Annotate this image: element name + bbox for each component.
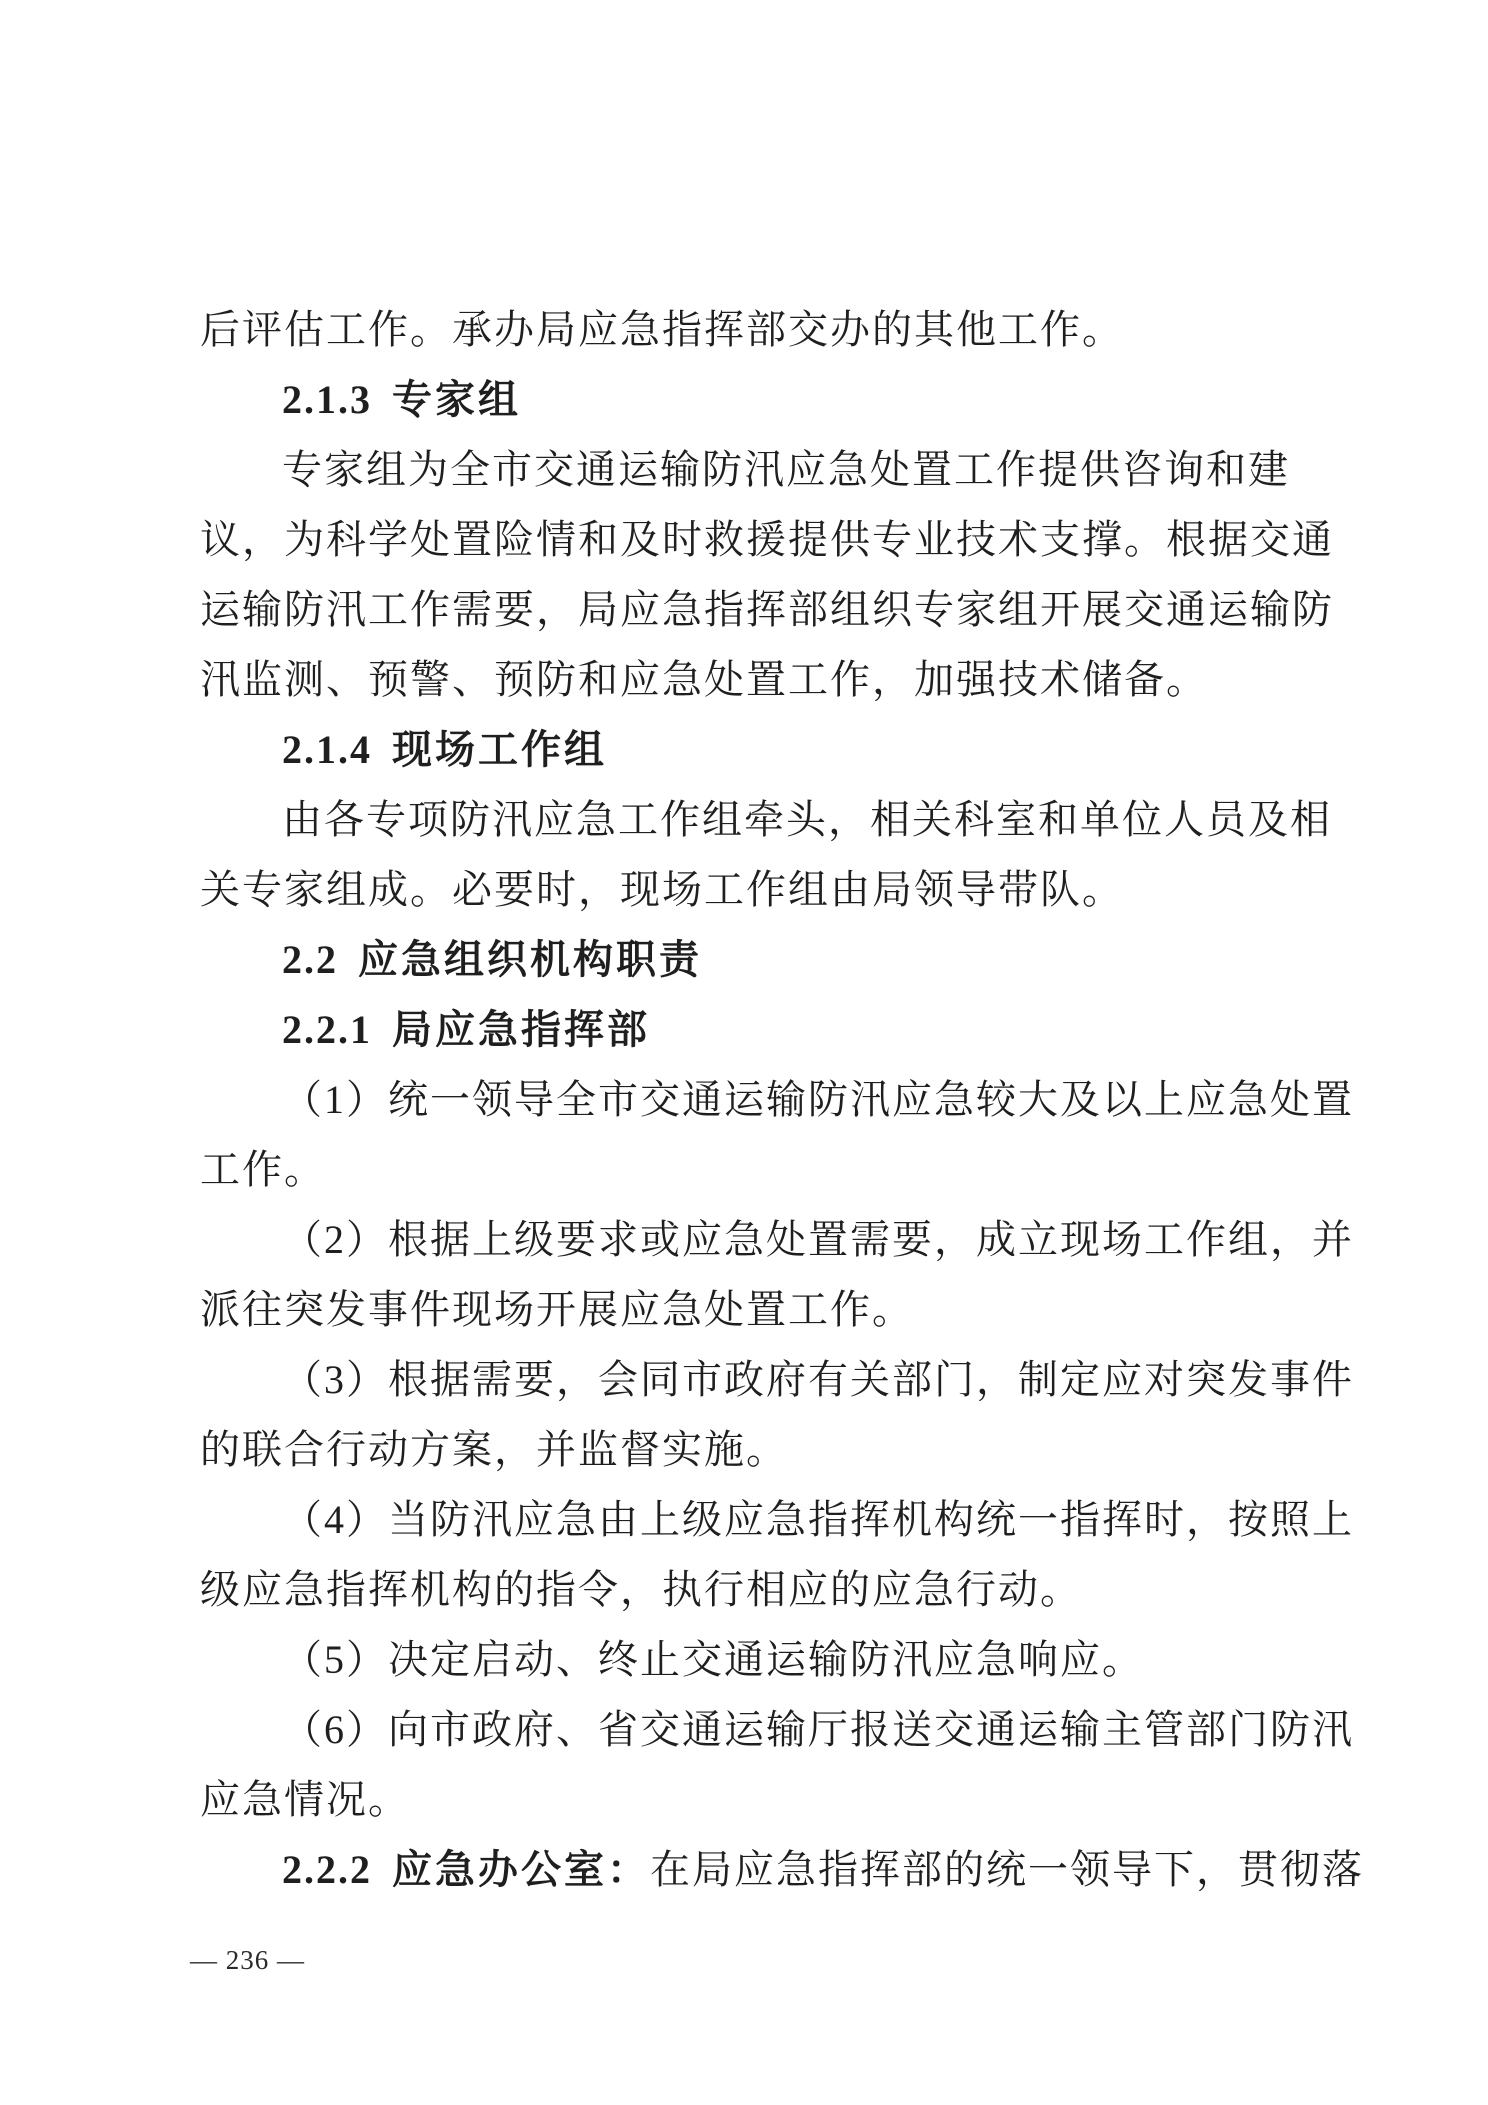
paragraph-line: 关专家组成。必要时，现场工作组由局领导带队。 [200, 855, 1310, 925]
line-text: 工作。 [200, 1147, 326, 1192]
line-text: 由各专项防汛应急工作组牵头，相关科室和单位人员及相 [282, 797, 1332, 842]
line-text: 后评估工作。承办局应急指挥部交办的其他工作。 [200, 307, 1124, 352]
heading-2-1-3: 2.1.3专家组 [200, 365, 1310, 435]
paragraph-line: 后评估工作。承办局应急指挥部交办的其他工作。 [200, 295, 1310, 365]
line-text: 专家组为全市交通运输防汛应急处置工作提供咨询和建 [282, 447, 1290, 492]
page-body-text: 后评估工作。承办局应急指挥部交办的其他工作。 2.1.3专家组 专家组为全市交通… [200, 295, 1310, 1905]
list-item-line: （6）向市政府、省交通运输厅报送交通运输主管部门防汛 [200, 1695, 1310, 1765]
heading-2-2: 2.2应急组织机构职责 [200, 925, 1310, 995]
heading-2-1-4: 2.1.4现场工作组 [200, 715, 1310, 785]
paragraph-line: 派往突发事件现场开展应急处置工作。 [200, 1275, 1310, 1345]
line-text: 的联合行动方案，并监督实施。 [200, 1427, 788, 1472]
paragraph-line: 议，为科学处置险情和及时救援提供专业技术支撑。根据交通 [200, 505, 1310, 575]
line-text: （5）决定启动、终止交通运输防汛应急响应。 [282, 1637, 1144, 1682]
line-text: 议，为科学处置险情和及时救援提供专业技术支撑。根据交通 [200, 517, 1334, 562]
section-number: 2.2.2 [282, 1847, 372, 1892]
section-title: 现场工作组 [392, 727, 607, 772]
heading-2-2-1: 2.2.1局应急指挥部 [200, 995, 1310, 1065]
line-text: （1）统一领导全市交通运输防汛应急较大及以上应急处置 [282, 1077, 1354, 1122]
paragraph-line: 运输防汛工作需要，局应急指挥部组织专家组开展交通运输防 [200, 575, 1310, 645]
line-text: 关专家组成。必要时，现场工作组由局领导带队。 [200, 867, 1124, 912]
paragraph-line: 工作。 [200, 1135, 1310, 1205]
list-item-line: （2）根据上级要求或应急处置需要，成立现场工作组，并 [200, 1205, 1310, 1275]
line-text: 汛监测、预警、预防和应急处置工作，加强技术储备。 [200, 657, 1208, 702]
line-text: （2）根据上级要求或应急处置需要，成立现场工作组，并 [282, 1217, 1354, 1262]
line-text: （3）根据需要，会同市政府有关部门，制定应对突发事件 [282, 1357, 1354, 1402]
paragraph-line: 由各专项防汛应急工作组牵头，相关科室和单位人员及相 [200, 785, 1310, 855]
list-item-line: （3）根据需要，会同市政府有关部门，制定应对突发事件 [200, 1345, 1310, 1415]
section-number: 2.2.1 [282, 1007, 372, 1052]
line-text: 级应急指挥机构的指令，执行相应的应急行动。 [200, 1567, 1082, 1612]
line-text: 在局应急指挥部的统一领导下，贯彻落 [650, 1847, 1364, 1892]
list-item-line: （5）决定启动、终止交通运输防汛应急响应。 [200, 1625, 1310, 1695]
section-title: 局应急指挥部 [392, 1007, 650, 1052]
document-page: 后评估工作。承办局应急指挥部交办的其他工作。 2.1.3专家组 专家组为全市交通… [0, 0, 1488, 2105]
paragraph-line: 级应急指挥机构的指令，执行相应的应急行动。 [200, 1555, 1310, 1625]
section-title: 应急组织机构职责 [358, 937, 702, 982]
paragraph-line: 的联合行动方案，并监督实施。 [200, 1415, 1310, 1485]
heading-2-2-2-inline: 2.2.2应急办公室：在局应急指挥部的统一领导下，贯彻落 [200, 1835, 1310, 1905]
list-item-line: （4）当防汛应急由上级应急指挥机构统一指挥时，按照上 [200, 1485, 1310, 1555]
paragraph-line: 专家组为全市交通运输防汛应急处置工作提供咨询和建 [200, 435, 1310, 505]
section-title: 应急办公室： [392, 1847, 650, 1892]
section-number: 2.1.4 [282, 727, 372, 772]
line-text: （4）当防汛应急由上级应急指挥机构统一指挥时，按照上 [282, 1497, 1354, 1542]
paragraph-line: 汛监测、预警、预防和应急处置工作，加强技术储备。 [200, 645, 1310, 715]
line-text: 运输防汛工作需要，局应急指挥部组织专家组开展交通运输防 [200, 587, 1334, 632]
section-number: 2.2 [282, 937, 338, 982]
line-text: 派往突发事件现场开展应急处置工作。 [200, 1287, 914, 1332]
line-text: 应急情况。 [200, 1777, 410, 1822]
list-item-line: （1）统一领导全市交通运输防汛应急较大及以上应急处置 [200, 1065, 1310, 1135]
line-text: （6）向市政府、省交通运输厅报送交通运输主管部门防汛 [282, 1707, 1354, 1752]
paragraph-line: 应急情况。 [200, 1765, 1310, 1835]
section-title: 专家组 [392, 377, 521, 422]
page-number: — 236 — [190, 1940, 305, 1980]
section-number: 2.1.3 [282, 377, 372, 422]
